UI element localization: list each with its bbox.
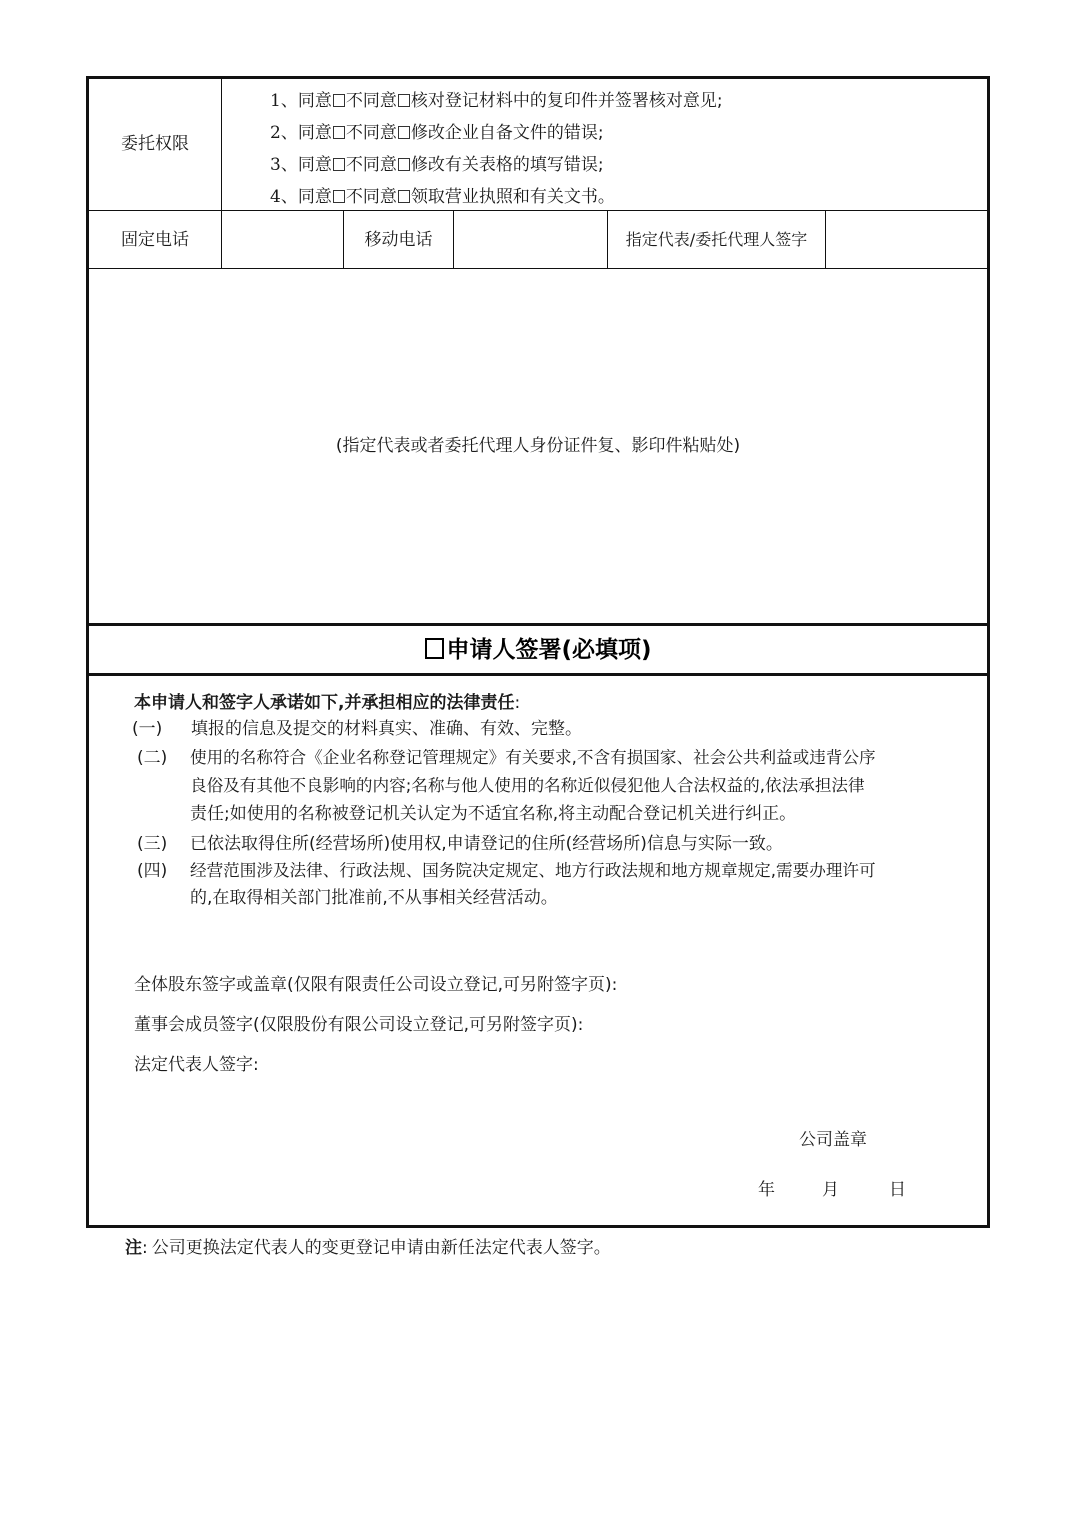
- pledge-number: (四): [137, 861, 167, 881]
- authorization-label: 委托权限: [89, 134, 221, 154]
- directors-signature-label: 董事会成员签字(仅限股份有限公司设立登记,可另附签字页):: [134, 1015, 583, 1035]
- mobile-label: 移动电话: [344, 230, 453, 250]
- date-month: 月: [822, 1180, 839, 1200]
- auth-label-divider: [221, 78, 222, 269]
- id-paste-hint: (指定代表或者委托代理人身份证件复、影印件粘贴处): [89, 436, 987, 456]
- agree-label: 同意: [298, 91, 332, 111]
- table-bottom-border: [86, 1225, 990, 1228]
- pledge-line: 的,在取得相关部门批准前,不从事相关经营活动。: [190, 888, 558, 908]
- footnote: 注:公司更换法定代表人的变更登记申请由新任法定代表人签字。: [125, 1238, 611, 1258]
- disagree-checkbox[interactable]: [398, 94, 410, 107]
- shareholders-signature-label: 全体股东签字或盖章(仅限有限责任公司设立登记,可另附签字页):: [134, 975, 617, 995]
- authorization-item: 4、同意不同意领取营业执照和有关文书。: [270, 187, 615, 207]
- agree-checkbox[interactable]: [333, 158, 345, 171]
- pledge-intro: 本申请人和签字人承诺如下,并承担相应的法律责任:: [134, 693, 520, 713]
- contact-col-2: [453, 210, 454, 269]
- item-number: 4、: [270, 187, 298, 207]
- pledge-number: (二): [137, 748, 167, 768]
- item-text: 领取营业执照和有关文书。: [411, 187, 615, 207]
- id-copy-paste-area: (指定代表或者委托代理人身份证件复、影印件粘贴处): [89, 270, 987, 623]
- company-seal-label: 公司盖章: [799, 1130, 867, 1150]
- item-text: 修改企业自备文件的错误;: [411, 123, 604, 143]
- authorization-item: 1、同意不同意核对登记材料中的复印件并签署核对意见;: [270, 91, 723, 111]
- mobile-field[interactable]: [455, 212, 606, 267]
- date-year: 年: [758, 1180, 775, 1200]
- pledge-line: 良俗及有其他不良影响的内容;名称与他人使用的名称近似侵犯他人合法权益的,依法承担…: [190, 776, 865, 796]
- authorization-item: 2、同意不同意修改企业自备文件的错误;: [270, 123, 604, 143]
- pledge-number: (一): [132, 719, 162, 739]
- item-number: 1、: [270, 91, 298, 111]
- disagree-label: 不同意: [346, 123, 397, 143]
- pledge-intro-text: 本申请人和签字人承诺如下,并承担相应的法律责任: [134, 693, 514, 713]
- pledge-line: 使用的名称符合《企业名称登记管理规定》有关要求,不含有损国家、社会公共利益或违背…: [190, 748, 876, 768]
- landline-label: 固定电话: [89, 230, 221, 250]
- disagree-checkbox[interactable]: [398, 126, 410, 139]
- pledge-line: 填报的信息及提交的材料真实、准确、有效、完整。: [191, 719, 582, 739]
- auth-row-bottom: [88, 210, 988, 211]
- disagree-label: 不同意: [346, 187, 397, 207]
- footnote-colon: :: [142, 1238, 148, 1258]
- disagree-checkbox[interactable]: [398, 158, 410, 171]
- table-right-border: [987, 76, 990, 1228]
- pledge-intro-colon: :: [514, 693, 520, 713]
- legal-rep-signature-label: 法定代表人签字:: [134, 1055, 259, 1075]
- pledge-line: 经营范围涉及法律、行政法规、国务院决定规定、地方行政法规和地方规章规定,需要办理…: [190, 861, 876, 881]
- contact-col-4: [825, 210, 826, 269]
- representative-signature-field[interactable]: [827, 212, 986, 267]
- heading-bottom-border: [86, 673, 990, 676]
- pledge-line: 责任;如使用的名称被登记机关认定为不适宜名称,将主动配合登记机关进行纠正。: [190, 804, 796, 824]
- contact-row-bottom: [88, 268, 988, 269]
- pledge-number: (三): [137, 834, 167, 854]
- date-day: 日: [889, 1180, 906, 1200]
- agree-checkbox[interactable]: [333, 94, 345, 107]
- footnote-label: 注: [125, 1238, 142, 1258]
- agree-label: 同意: [298, 187, 332, 207]
- disagree-label: 不同意: [346, 155, 397, 175]
- disagree-label: 不同意: [346, 91, 397, 111]
- heading-top-border: [86, 623, 990, 626]
- item-number: 3、: [270, 155, 298, 175]
- agree-label: 同意: [298, 155, 332, 175]
- representative-signature-label: 指定代表/委托代理人签字: [608, 230, 825, 250]
- footnote-text: 公司更换法定代表人的变更登记申请由新任法定代表人签字。: [152, 1238, 611, 1258]
- pledge-line: 已依法取得住所(经营场所)使用权,申请登记的住所(经营场所)信息与实际一致。: [190, 834, 783, 854]
- item-number: 2、: [270, 123, 298, 143]
- authorization-item: 3、同意不同意修改有关表格的填写错误;: [270, 155, 604, 175]
- disagree-checkbox[interactable]: [398, 190, 410, 203]
- agree-label: 同意: [298, 123, 332, 143]
- landline-field[interactable]: [223, 212, 342, 267]
- item-text: 修改有关表格的填写错误;: [411, 155, 604, 175]
- agree-checkbox[interactable]: [333, 126, 345, 139]
- agree-checkbox[interactable]: [333, 190, 345, 203]
- item-text: 核对登记材料中的复印件并签署核对意见;: [411, 91, 723, 111]
- applicant-signature-heading: 申请人签署(必填项): [89, 636, 987, 664]
- heading-text: 申请人签署(必填项): [446, 637, 651, 663]
- applicant-section-checkbox[interactable]: [425, 638, 444, 659]
